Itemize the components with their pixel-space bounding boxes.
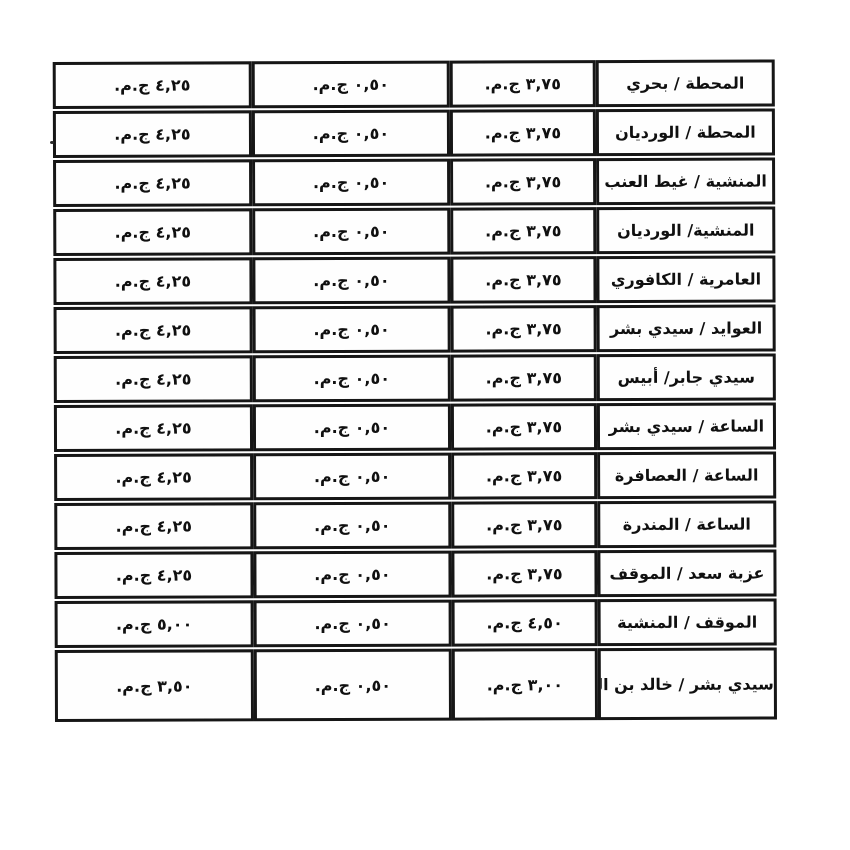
route-name-cell: المنشية / غيط العنب: [596, 157, 775, 205]
fare-cell-3: ٤,٢٥ ج.م.: [54, 453, 253, 501]
fare-cell-3: ٤,٢٥ ج.م.: [54, 404, 253, 452]
fare-cell-1: ٣,٧٥ ج.م.: [451, 403, 597, 451]
scanned-page: المحطة / بحري ٣,٧٥ ج.م. ٠,٥٠ ج.م. ٤,٢٥ ج…: [0, 0, 850, 850]
fare-table-row: الساعة / سيدي بشر ٣,٧٥ ج.م. ٠,٥٠ ج.م. ٤,…: [54, 402, 776, 452]
fare-cell-3: ٤,٢٥ ج.م.: [53, 208, 252, 256]
fare-cell-1: ٣,٧٥ ج.م.: [450, 158, 596, 206]
fare-cell-3: ٤,٢٥ ج.م.: [53, 257, 252, 305]
ink-speck: [50, 141, 54, 144]
route-name-cell: العوايد / سيدي بشر: [597, 304, 776, 352]
route-name-cell: الساعة / المندرة: [597, 500, 776, 548]
fare-cell-3: ٤,٢٥ ج.م.: [54, 502, 253, 550]
route-name-cell: العامرية / الكافوري: [596, 255, 775, 303]
fare-cell-1: ٣,٧٥ ج.م.: [450, 256, 596, 304]
fare-cell-2: ٠,٥٠ ج.م.: [252, 110, 450, 158]
fare-cell-3: ٤,٢٥ ج.م.: [53, 159, 252, 207]
fare-table-row: عزبة سعد / الموقف ٣,٧٥ ج.م. ٠,٥٠ ج.م. ٤,…: [54, 549, 776, 599]
fare-table-body: المحطة / بحري ٣,٧٥ ج.م. ٠,٥٠ ج.م. ٤,٢٥ ج…: [53, 59, 777, 722]
fare-cell-3: ٤,٢٥ ج.م.: [54, 306, 253, 354]
fare-cell-2: ٠,٥٠ ج.م.: [253, 306, 451, 354]
fare-cell-1: ٣,٠٠ ج.م.: [452, 648, 598, 721]
fare-cell-3: ٥,٠٠ ج.م.: [55, 600, 254, 648]
route-name-cell: الساعة / العصافرة: [597, 451, 776, 499]
fare-cell-1: ٣,٧٥ ج.م.: [451, 550, 597, 598]
fare-table-row: سيدي بشر / خالد بن الوليد ٣,٠٠ ج.م. ٠,٥٠…: [55, 647, 777, 722]
route-name-cell: المحطة / بحري: [596, 59, 775, 107]
fare-cell-1: ٣,٧٥ ج.م.: [451, 452, 597, 500]
fare-table: المحطة / بحري ٣,٧٥ ج.م. ٠,٥٠ ج.م. ٤,٢٥ ج…: [53, 57, 777, 724]
fare-cell-2: ٠,٥٠ ج.م.: [254, 600, 452, 648]
fare-cell-3: ٤,٢٥ ج.م.: [53, 61, 252, 109]
fare-table-row: المحطة / بحري ٣,٧٥ ج.م. ٠,٥٠ ج.م. ٤,٢٥ ج…: [53, 59, 775, 109]
fare-cell-3: ٤,٢٥ ج.م.: [53, 110, 252, 158]
route-name-cell: عزبة سعد / الموقف: [597, 549, 776, 597]
route-name-cell: الموقف / المنشية: [598, 598, 777, 646]
fare-cell-2: ٠,٥٠ ج.م.: [252, 61, 450, 109]
fare-cell-3: ٤,٢٥ ج.م.: [54, 355, 253, 403]
fare-cell-2: ٠,٥٠ ج.م.: [252, 159, 450, 207]
fare-cell-1: ٣,٧٥ ج.م.: [450, 60, 596, 108]
fare-table-row: العوايد / سيدي بشر ٣,٧٥ ج.م. ٠,٥٠ ج.م. ٤…: [54, 304, 776, 354]
route-name-cell: سيدي جابر/ أبيس: [597, 353, 776, 401]
fare-cell-1: ٣,٧٥ ج.م.: [450, 109, 596, 157]
fare-cell-2: ٠,٥٠ ج.م.: [252, 257, 450, 305]
fare-cell-1: ٣,٧٥ ج.م.: [451, 354, 597, 402]
fare-cell-2: ٠,٥٠ ج.م.: [252, 208, 450, 256]
fare-table-row: المنشية / غيط العنب ٣,٧٥ ج.م. ٠,٥٠ ج.م. …: [53, 157, 775, 207]
route-name-cell: المحطة / الورديان: [596, 108, 775, 156]
fare-cell-1: ٣,٧٥ ج.م.: [450, 207, 596, 255]
route-name-cell: سيدي بشر / خالد بن الوليد: [598, 647, 777, 720]
route-name-cell: المنشية/ الورديان: [596, 206, 775, 254]
fare-cell-2: ٠,٥٠ ج.م.: [253, 453, 451, 501]
fare-table-row: المحطة / الورديان ٣,٧٥ ج.م. ٠,٥٠ ج.م. ٤,…: [53, 108, 775, 158]
fare-cell-2: ٠,٥٠ ج.م.: [254, 649, 452, 722]
fare-table-row: الساعة / المندرة ٣,٧٥ ج.م. ٠,٥٠ ج.م. ٤,٢…: [54, 500, 776, 550]
route-name-cell: الساعة / سيدي بشر: [597, 402, 776, 450]
fare-cell-1: ٤,٥٠ ج.م.: [452, 599, 598, 647]
fare-cell-2: ٠,٥٠ ج.م.: [253, 355, 451, 403]
fare-table-row: العامرية / الكافوري ٣,٧٥ ج.م. ٠,٥٠ ج.م. …: [53, 255, 775, 305]
fare-cell-1: ٣,٧٥ ج.م.: [451, 501, 597, 549]
fare-cell-1: ٣,٧٥ ج.م.: [451, 305, 597, 353]
fare-cell-3: ٣,٥٠ ج.م.: [55, 649, 254, 722]
fare-table-row: الموقف / المنشية ٤,٥٠ ج.م. ٠,٥٠ ج.م. ٥,٠…: [55, 598, 777, 648]
fare-table-row: المنشية/ الورديان ٣,٧٥ ج.م. ٠,٥٠ ج.م. ٤,…: [53, 206, 775, 256]
fare-table-row: الساعة / العصافرة ٣,٧٥ ج.م. ٠,٥٠ ج.م. ٤,…: [54, 451, 776, 501]
fare-cell-3: ٤,٢٥ ج.م.: [54, 551, 253, 599]
fare-cell-2: ٠,٥٠ ج.م.: [253, 502, 451, 550]
fare-table-row: سيدي جابر/ أبيس ٣,٧٥ ج.م. ٠,٥٠ ج.م. ٤,٢٥…: [54, 353, 776, 403]
fare-cell-2: ٠,٥٠ ج.م.: [253, 551, 451, 599]
fare-cell-2: ٠,٥٠ ج.م.: [253, 404, 451, 452]
